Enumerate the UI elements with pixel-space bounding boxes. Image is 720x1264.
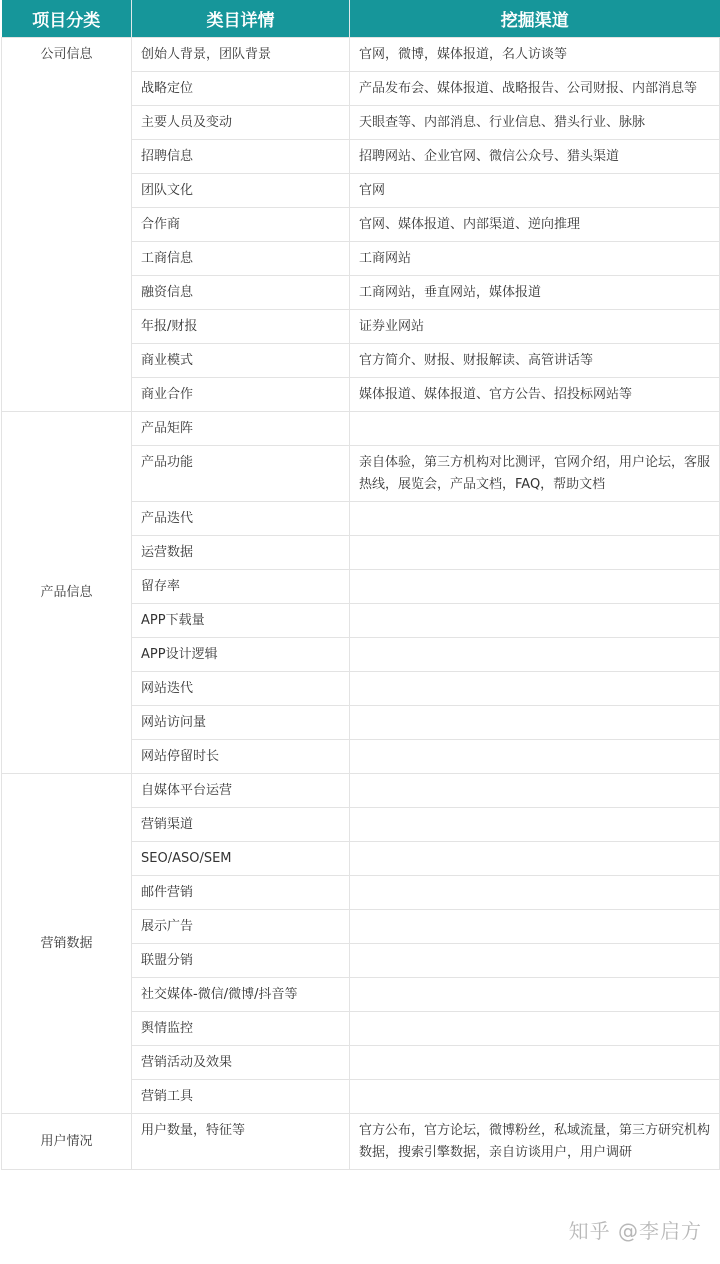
detail-cell: 自媒体平台运营 — [132, 774, 350, 808]
channel-cell — [350, 740, 720, 774]
channel-cell: 工商网站，垂直网站，媒体报道 — [350, 276, 720, 310]
channel-cell: 证券业网站 — [350, 310, 720, 344]
category-cell: 用户情况 — [2, 1114, 132, 1170]
detail-cell: 运营数据 — [132, 536, 350, 570]
channel-cell — [350, 638, 720, 672]
category-cell: 公司信息 — [2, 38, 132, 412]
channel-cell — [350, 1012, 720, 1046]
detail-cell: 联盟分销 — [132, 944, 350, 978]
table-row: 产品信息产品矩阵 — [2, 412, 720, 446]
detail-cell: 网站迭代 — [132, 672, 350, 706]
channel-cell — [350, 876, 720, 910]
channel-cell — [350, 706, 720, 740]
channel-cell: 媒体报道、媒体报道、官方公告、招投标网站等 — [350, 378, 720, 412]
channel-cell: 产品发布会、媒体报道、战略报告、公司财报、内部消息等 — [350, 72, 720, 106]
header-category: 项目分类 — [2, 0, 132, 38]
channel-cell — [350, 808, 720, 842]
detail-cell: 用户数量，特征等 — [132, 1114, 350, 1170]
channel-cell — [350, 536, 720, 570]
channel-cell: 天眼查等、内部消息、行业信息、猎头行业、脉脉 — [350, 106, 720, 140]
detail-cell: 产品功能 — [132, 446, 350, 502]
channel-cell: 官方简介、财报、财报解读、高管讲话等 — [350, 344, 720, 378]
table-body: 公司信息创始人背景，团队背景官网，微博，媒体报道，名人访谈等战略定位产品发布会、… — [2, 38, 720, 1170]
table-header-row: 项目分类 类目详情 挖掘渠道 — [2, 0, 720, 38]
channel-cell — [350, 570, 720, 604]
header-channel: 挖掘渠道 — [350, 0, 720, 38]
detail-cell: 年报/财报 — [132, 310, 350, 344]
channel-cell — [350, 774, 720, 808]
table-row: 营销数据自媒体平台运营 — [2, 774, 720, 808]
channel-cell: 官网 — [350, 174, 720, 208]
detail-cell: 营销工具 — [132, 1080, 350, 1114]
channel-cell — [350, 412, 720, 446]
detail-cell: 战略定位 — [132, 72, 350, 106]
channel-cell: 工商网站 — [350, 242, 720, 276]
detail-cell: 营销渠道 — [132, 808, 350, 842]
channel-cell — [350, 502, 720, 536]
channel-cell: 官网，微博，媒体报道，名人访谈等 — [350, 38, 720, 72]
detail-cell: 商业合作 — [132, 378, 350, 412]
detail-cell: 网站访问量 — [132, 706, 350, 740]
detail-cell: 招聘信息 — [132, 140, 350, 174]
detail-cell: 创始人背景，团队背景 — [132, 38, 350, 72]
detail-cell: 合作商 — [132, 208, 350, 242]
detail-cell: 社交媒体-微信/微博/抖音等 — [132, 978, 350, 1012]
table-row: 公司信息创始人背景，团队背景官网，微博，媒体报道，名人访谈等 — [2, 38, 720, 72]
channel-cell: 亲自体验，第三方机构对比测评，官网介绍，用户论坛，客服热线，展览会，产品文档，F… — [350, 446, 720, 502]
channel-cell — [350, 604, 720, 638]
channel-cell: 招聘网站、企业官网、微信公众号、猎头渠道 — [350, 140, 720, 174]
table-row: 用户情况用户数量，特征等官方公布，官方论坛，微博粉丝，私域流量，第三方研究机构数… — [2, 1114, 720, 1170]
detail-cell: 舆情监控 — [132, 1012, 350, 1046]
detail-cell: 产品矩阵 — [132, 412, 350, 446]
header-detail: 类目详情 — [132, 0, 350, 38]
channel-cell — [350, 1046, 720, 1080]
channel-cell — [350, 910, 720, 944]
channel-cell — [350, 842, 720, 876]
detail-cell: 融资信息 — [132, 276, 350, 310]
channel-cell — [350, 944, 720, 978]
category-cell: 产品信息 — [2, 412, 132, 774]
channel-cell — [350, 978, 720, 1012]
watermark: 知乎 @李启方 — [569, 1215, 702, 1244]
detail-cell: 工商信息 — [132, 242, 350, 276]
detail-cell: 留存率 — [132, 570, 350, 604]
detail-cell: 商业模式 — [132, 344, 350, 378]
detail-cell: SEO/ASO/SEM — [132, 842, 350, 876]
channel-cell: 官网、媒体报道、内部渠道、逆向推理 — [350, 208, 720, 242]
detail-cell: APP下载量 — [132, 604, 350, 638]
channel-cell — [350, 672, 720, 706]
detail-cell: 展示广告 — [132, 910, 350, 944]
detail-cell: 主要人员及变动 — [132, 106, 350, 140]
detail-cell: 产品迭代 — [132, 502, 350, 536]
research-table: 项目分类 类目详情 挖掘渠道 公司信息创始人背景，团队背景官网，微博，媒体报道，… — [1, 0, 720, 1170]
detail-cell: 团队文化 — [132, 174, 350, 208]
channel-cell — [350, 1080, 720, 1114]
detail-cell: 网站停留时长 — [132, 740, 350, 774]
detail-cell: APP设计逻辑 — [132, 638, 350, 672]
detail-cell: 营销活动及效果 — [132, 1046, 350, 1080]
category-cell: 营销数据 — [2, 774, 132, 1114]
channel-cell: 官方公布，官方论坛，微博粉丝，私域流量，第三方研究机构数据，搜索引擎数据，亲自访… — [350, 1114, 720, 1170]
detail-cell: 邮件营销 — [132, 876, 350, 910]
